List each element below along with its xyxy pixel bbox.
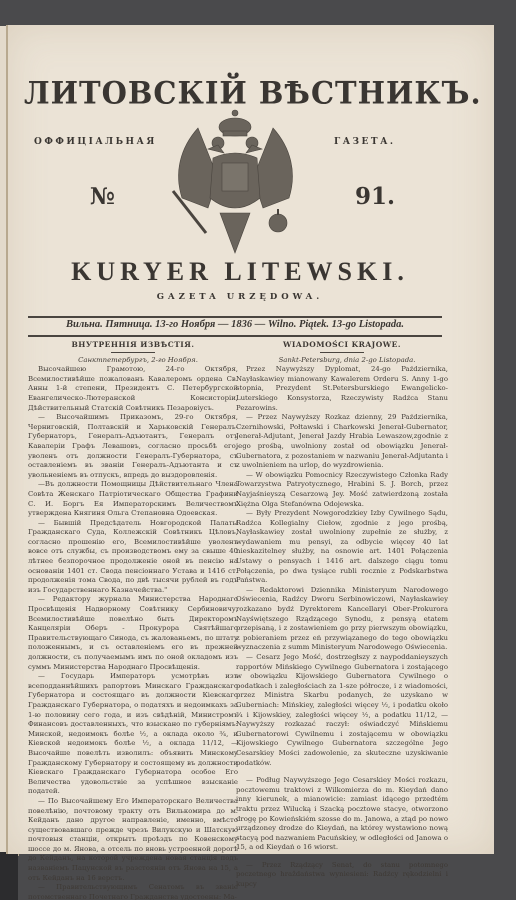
- article-paragraph: — Правительствующимъ Сенатомъ въ званіе …: [28, 883, 238, 900]
- place-date: Санктпетербургъ, 2-го Ноября.: [28, 356, 238, 366]
- issue-number: 91.: [355, 183, 395, 210]
- article-paragraph: Высочайшею Грамотою, 24-го Октября, Всем…: [28, 365, 238, 413]
- column-heading: ВНУТРЕННІЯ ИЗВѢСТІЯ.: [28, 340, 238, 350]
- place-date: Sankt-Petersburg, dnia 2-go Listopada.: [236, 356, 448, 366]
- article-paragraph: — По Высочайшему Его Императорскаго Вели…: [28, 797, 238, 883]
- masthead-subtitle-polish: GAZETA URZĘDOWA.: [130, 292, 350, 302]
- dateline-rule-bottom: [28, 335, 442, 337]
- masthead-subtitle-gazette: ГАЗЕТА.: [334, 137, 396, 147]
- article-paragraph: — Cesarz Jego Mość, dostrzegłszy z naypo…: [236, 653, 448, 768]
- article-paragraph: Przez Naywyższy Dyplomat, 24-go Paździer…: [236, 365, 448, 413]
- article-paragraph: — Редактору журнала Министерства Народна…: [28, 595, 238, 672]
- dateline: Вильна. Пятница. 13-го Ноября — 1836 — W…: [28, 319, 442, 330]
- article-paragraph: — Były Prezydent Nowgorodzkiey Izby Cywi…: [236, 509, 448, 586]
- article-paragraph: — Государь Императоръ усмотрѣвъ изъ всеп…: [28, 672, 238, 797]
- issue-number-sign: №: [90, 183, 115, 210]
- spacer: [236, 768, 448, 776]
- article-paragraph: — W obowiązku Pomocnicy Rzeczywistego Cz…: [236, 471, 448, 509]
- article-paragraph: —Въ должности Помощницы Дѣйствительнаго …: [28, 480, 238, 518]
- column-heading: WIADOMOŚCI KRAJOWE.: [236, 340, 448, 350]
- article-paragraph: — Przez Rządzący Senat, do stanu potomne…: [236, 861, 448, 890]
- article-paragraph: — Podług Naywyższego Jego Cesarskiey Moś…: [236, 776, 448, 853]
- article-paragraph: — Бывшій Предсѣдатель Новгородской Палат…: [28, 519, 238, 596]
- scan-background: [0, 852, 18, 900]
- double-headed-eagle-icon: [168, 103, 303, 258]
- article-paragraph: — Przez Naywyższy Rozkaz dzienny, 29 Paź…: [236, 413, 448, 471]
- heading-rule: [320, 352, 364, 353]
- masthead-title-polish: KURYER LITEWSKI.: [60, 257, 420, 287]
- dateline-rule-top: [28, 316, 442, 318]
- column-russian: ВНУТРЕННІЯ ИЗВѢСТІЯ. Санктпетербургъ, 2-…: [28, 340, 238, 900]
- column-polish: WIADOMOŚCI KRAJOWE. Sankt-Petersburg, dn…: [236, 340, 448, 890]
- masthead-subtitle-official: ОФФИЦІАЛЬНАЯ: [34, 137, 157, 147]
- article-paragraph: — Redaktorowi Dziennika Ministeryum Naro…: [236, 586, 448, 653]
- article-paragraph: — Высочайшимъ Приказомъ, 29-го Октября, …: [28, 413, 238, 480]
- spacer: [236, 853, 448, 861]
- heading-rule: [111, 352, 155, 353]
